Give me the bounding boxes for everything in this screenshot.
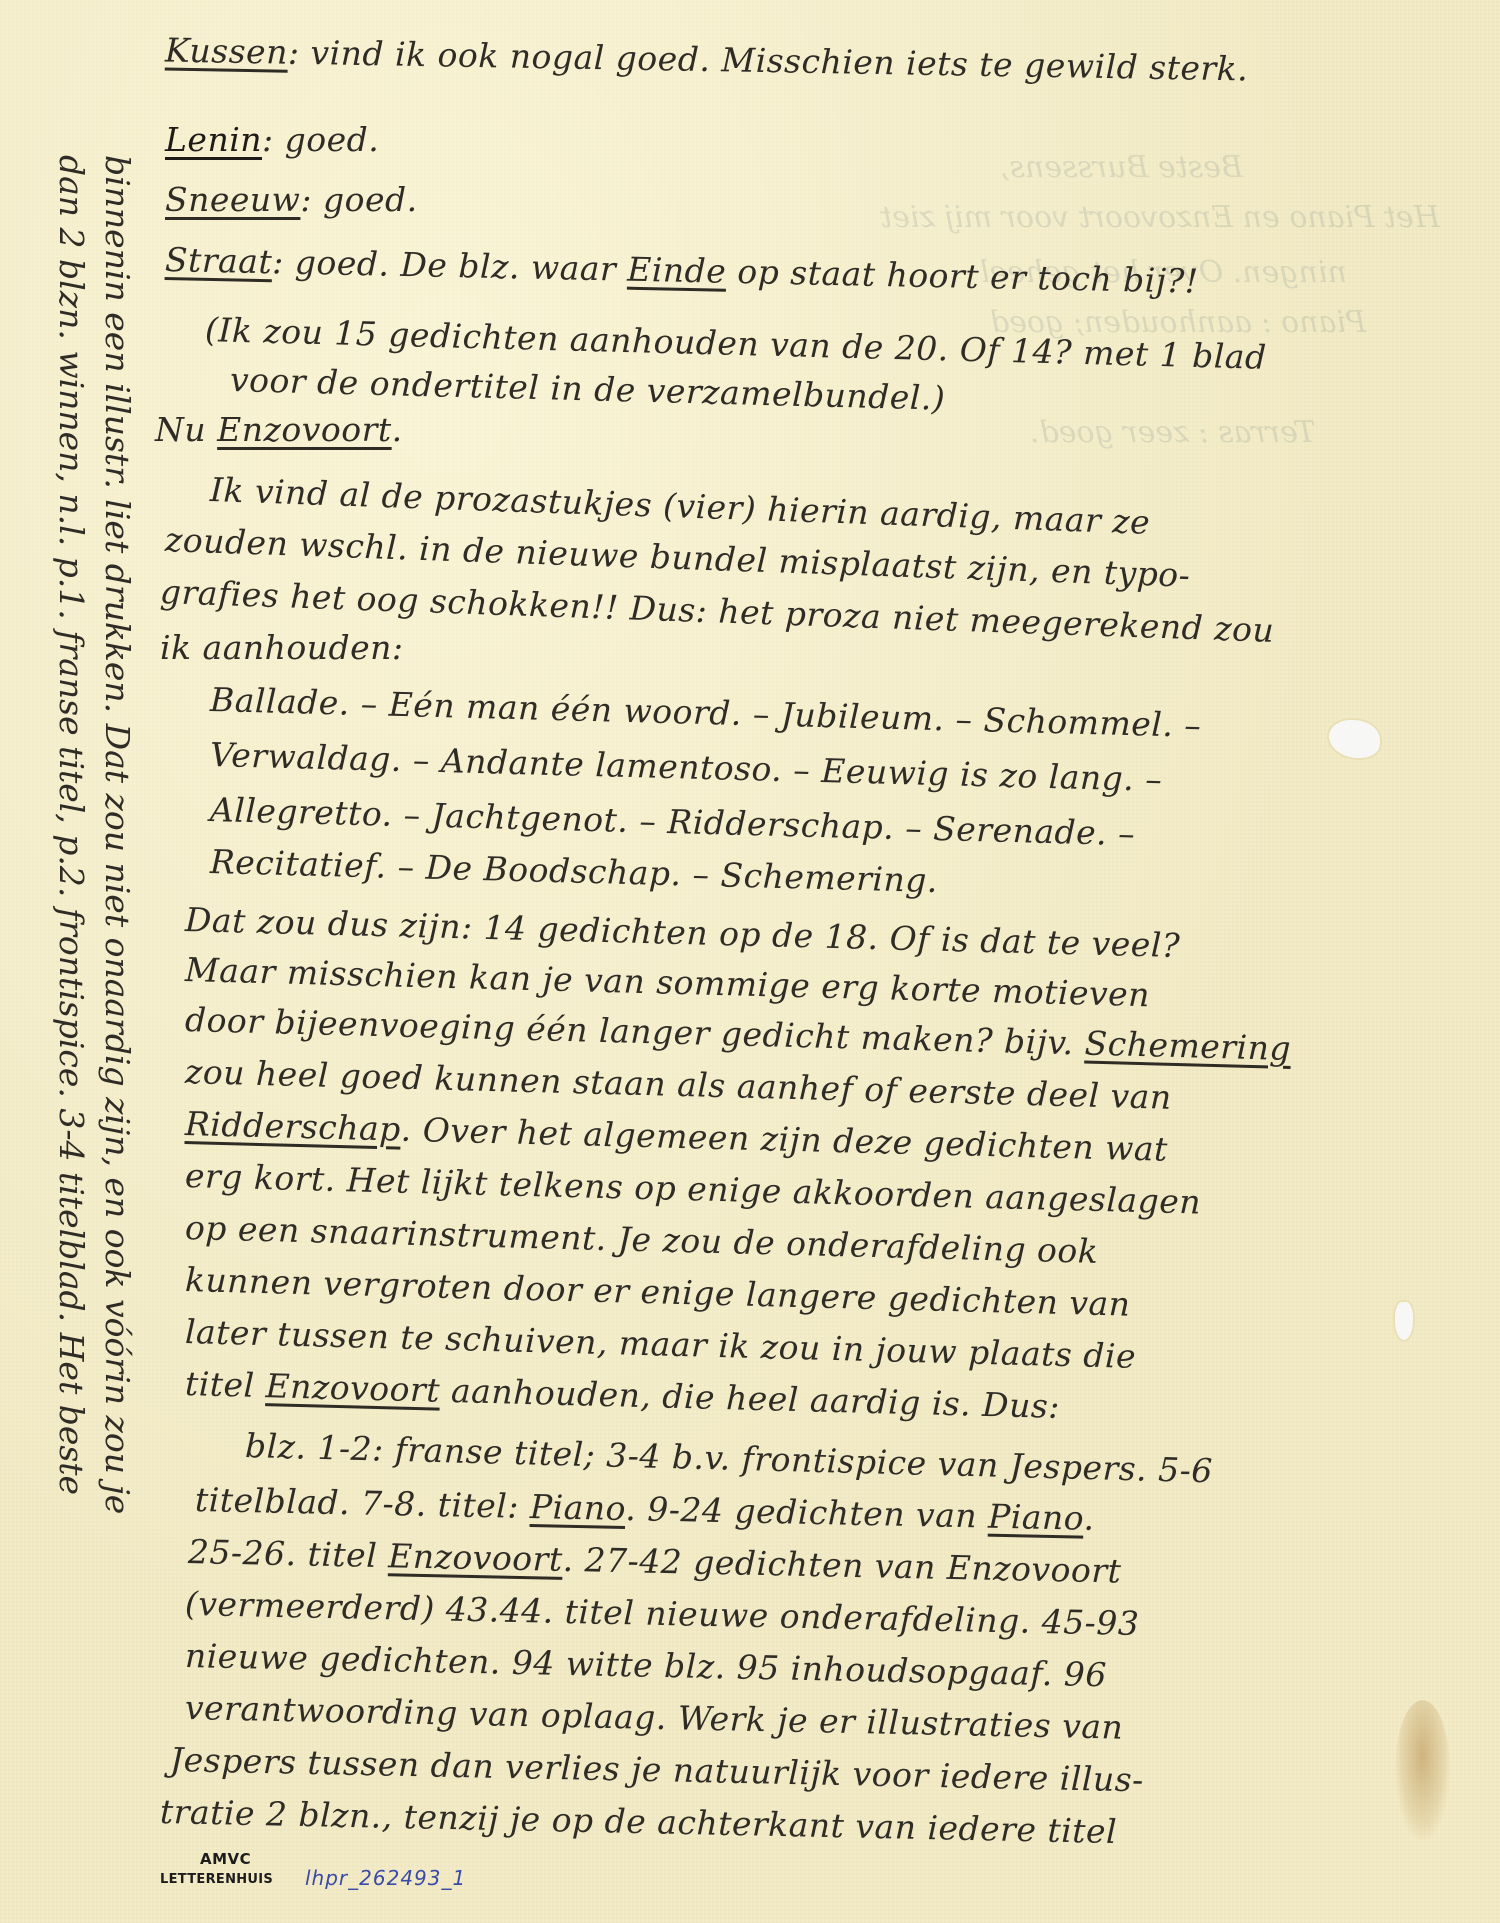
comment: kunnen vergroten door er enige langere g… (184, 1260, 1130, 1324)
comment: nieuwe gedichten. 94 witte blz. 95 inhou… (185, 1636, 1108, 1694)
bleed-through-line: Beste Burssens, (1000, 150, 1243, 185)
comment: : vind ik ook nogal goed. Misschien iets… (288, 33, 1249, 89)
text-line: Nu Enzovoort. (155, 410, 403, 449)
text-line: later tussen te schuiven, maar ik zou in… (184, 1312, 1136, 1376)
comment: . 9-24 gedichten van (625, 1489, 989, 1536)
comment: Jespers tussen dan verlies je natuurlijk… (170, 1740, 1145, 1799)
paper-hole (1327, 718, 1382, 760)
margin-note: binnenin een illustr. liet drukken. Dat … (48, 155, 140, 1765)
poem-list-line: Recitatief. – De Boodschap. – Schemering… (209, 842, 938, 900)
comment: . Over het algemeen zijn deze gedichten … (400, 1110, 1168, 1169)
poem-list-line: Verwaldag. – Andante lamentoso. – Eeuwig… (209, 735, 1162, 799)
comment: tratie 2 blzn., tenzij je op de achterka… (160, 1792, 1118, 1851)
text-line: ik aanhouden: (160, 628, 404, 667)
text-line: verantwoording van oplaag. Werk je er il… (185, 1688, 1124, 1747)
comment: 25-26. titel (188, 1532, 389, 1575)
text-line: nieuwe gedichten. 94 witte blz. 95 inhou… (185, 1636, 1108, 1694)
poem-title-einde: Einde (627, 250, 727, 291)
text-line: titel Enzovoort aanhouden, die heel aard… (184, 1364, 1060, 1426)
text-line: Straat: goed. De blz. waar Einde op staa… (165, 240, 1199, 301)
stamp-line-1: AMVC (200, 1850, 251, 1868)
comment: aanhouden, die heel aardig is. Dus: (440, 1371, 1061, 1426)
section-title-enzovoort: Enzovoort (388, 1536, 563, 1579)
comment: . (1083, 1499, 1095, 1538)
poem-list: Allegretto. – Jachtgenot. – Ridderschap.… (209, 790, 1135, 853)
text-line: titelblad. 7-8. titel: Piano. 9-24 gedic… (195, 1480, 1095, 1538)
poem-title-kussen: Kussen (165, 31, 289, 72)
text-line: (vermeerderd) 43.44. titel nieuwe ondera… (185, 1584, 1140, 1643)
bleed-through-line: Het Piano en Enzovoort voor mij ziet (880, 200, 1440, 235)
comment: Nu (155, 410, 217, 449)
comment: titel (184, 1364, 266, 1405)
text-line: 25-26. titel Enzovoort. 27-42 gedichten … (188, 1532, 1122, 1591)
shelfmark: lhpr_262493_1 (305, 1866, 466, 1890)
poem-title-ridderschap: Ridderschap (184, 1104, 401, 1149)
poem-list-line: Allegretto. – Jachtgenot. – Ridderschap.… (209, 790, 1135, 853)
comment: : goed. (300, 180, 417, 219)
poem-title-schemering: Schemering (1084, 1024, 1291, 1068)
comment: (vermeerderd) 43.44. titel nieuwe ondera… (185, 1584, 1140, 1643)
section-title-enzovoort: Enzovoort (217, 410, 392, 449)
poem-title-lenin: Lenin (165, 120, 262, 159)
comment: . 27-42 gedichten van Enzovoort (562, 1540, 1121, 1591)
text-line: blz. 1-2: franse titel; 3-4 b.v. frontis… (244, 1426, 1213, 1490)
stamp-line-2: LETTERENHUIS (160, 1872, 273, 1887)
margin-note-line: dan 2 blzn. winnen, n.l. p.1. franse tit… (48, 155, 94, 1765)
section-title-enzovoort: Enzovoort (265, 1366, 440, 1410)
text-line: Jespers tussen dan verlies je natuurlijk… (170, 1740, 1145, 1799)
comment: . (392, 410, 403, 449)
comment: blz. 1-2: franse titel; 3-4 b.v. frontis… (244, 1426, 1213, 1490)
comment: ik aanhouden: (160, 628, 404, 667)
comment: : goed. (262, 120, 379, 159)
section-title-piano: Piano (988, 1497, 1084, 1538)
text-line: Sneeuw: goed. (165, 180, 418, 219)
comment: verantwoording van oplaag. Werk je er il… (185, 1688, 1124, 1747)
comment: op een snaarinstrument. Je zou de ondera… (184, 1208, 1098, 1271)
poem-list-line: Ballade. – Eén man één woord. – Jubileum… (209, 680, 1201, 745)
text-line: Lenin: goed. (165, 120, 379, 159)
poem-list: Recitatief. – De Boodschap. – Schemering… (209, 842, 938, 900)
comment: door bijeenvoeging één langer gedicht ma… (184, 1000, 1085, 1063)
poem-title-sneeuw: Sneeuw (165, 180, 300, 219)
poem-list: Verwaldag. – Andante lamentoso. – Eeuwig… (209, 735, 1162, 799)
paper-hole (1393, 1300, 1415, 1342)
poem-title-straat: Straat (165, 240, 273, 281)
poem-list: Ballade. – Eén man één woord. – Jubileum… (209, 680, 1201, 745)
ink-stain (1395, 1700, 1450, 1840)
letter-page: Beste Burssens, Het Piano en Enzovoort v… (0, 0, 1500, 1923)
comment: : goed. De blz. waar (272, 242, 628, 288)
text-line: Kussen: vind ik ook nogal goed. Misschie… (165, 31, 1249, 89)
text-line: op een snaarinstrument. Je zou de ondera… (184, 1208, 1098, 1271)
comment: titelblad. 7-8. titel: (195, 1480, 531, 1526)
text-line: kunnen vergroten door er enige langere g… (184, 1260, 1130, 1324)
comment: later tussen te schuiven, maar ik zou in… (184, 1312, 1136, 1376)
text-line: tratie 2 blzn., tenzij je op de achterka… (160, 1792, 1118, 1851)
section-title-piano: Piano (530, 1487, 626, 1528)
margin-note-line: binnenin een illustr. liet drukken. Dat … (94, 155, 140, 1765)
bleed-through-line: Terras : zeer goed. (1030, 415, 1316, 450)
